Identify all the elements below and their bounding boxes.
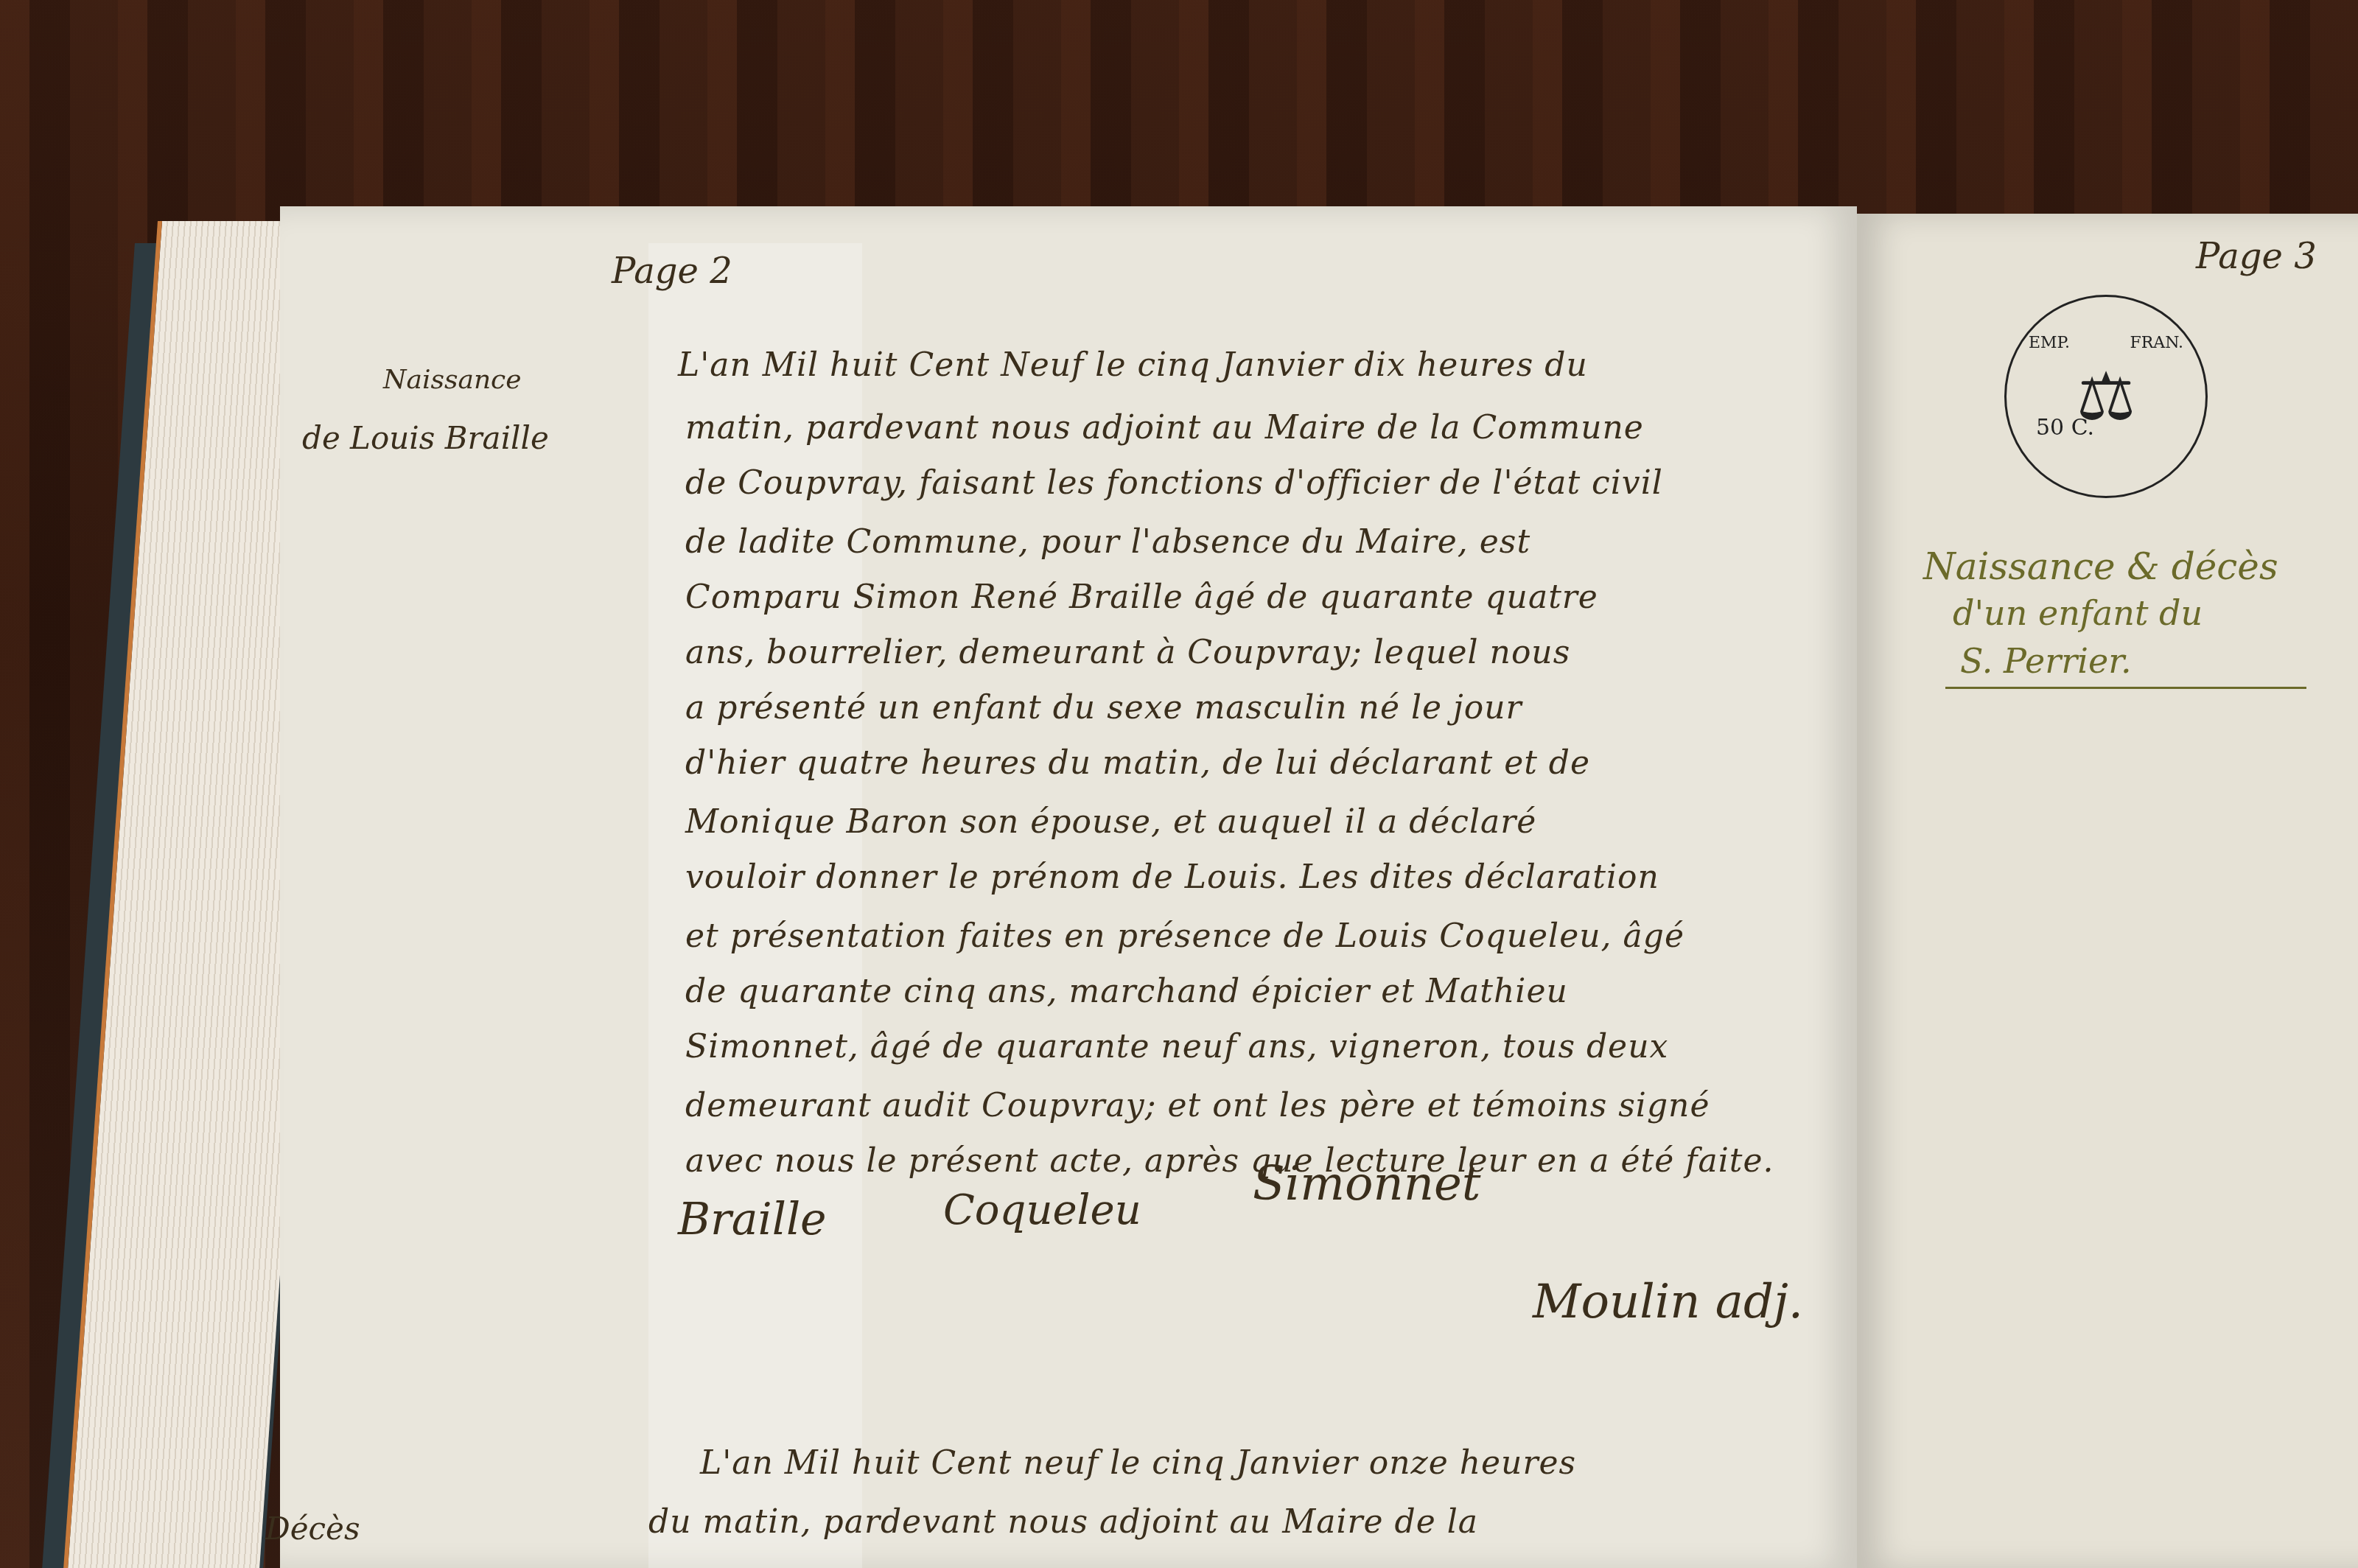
record-line: a présenté un enfant du sexe masculin né… [685, 689, 1522, 727]
right-margin-line: S. Perrier. [1960, 641, 2132, 681]
record-line: L'an Mil huit Cent Neuf le cinq Janvier … [678, 346, 1588, 384]
record-line: matin, pardevant nous adjoint au Maire d… [685, 409, 1644, 447]
record-line: Comparu Simon René Braille âgé de quaran… [685, 578, 1598, 616]
margin-deces: Décès [265, 1511, 360, 1547]
tax-stamp: EMP. FRAN. ⚖ 50 C. [2004, 295, 2208, 498]
margin-underline [1945, 687, 2306, 689]
signature-braille: Braille [678, 1194, 827, 1245]
record-line: vouloir donner le prénom de Louis. Les d… [685, 858, 1659, 896]
record-line: Simonnet, âgé de quarante neuf ans, vign… [685, 1028, 1668, 1065]
right-margin-line: d'un enfant du [1953, 593, 2203, 633]
stamp-value: 50 C. [2036, 415, 2094, 441]
record-line: d'hier quatre heures du matin, de lui dé… [685, 744, 1590, 782]
record-line: de ladite Commune, pour l'absence du Mai… [685, 523, 1530, 561]
record-line: et présentation faites en présence de Lo… [685, 917, 1684, 955]
record-line: de Coupvray, faisant les fonctions d'off… [685, 464, 1663, 502]
signature-coqueleu: Coqueleu [943, 1186, 1141, 1234]
next-record-line: du matin, pardevant nous adjoint au Mair… [648, 1503, 1478, 1541]
record-line: de quarante cinq ans, marchand épicier e… [685, 973, 1568, 1010]
left-page-number: Page 2 [612, 251, 732, 292]
record-line: avec nous le présent acte, après que lec… [685, 1142, 1774, 1180]
stamp-text-right: FRAN. [2130, 334, 2183, 352]
margin-title-naissance: Naissance [383, 365, 522, 395]
margin-title-name: de Louis Braille [302, 420, 549, 456]
right-page-number: Page 3 [2196, 236, 2317, 277]
next-record-line: L'an Mil huit Cent neuf le cinq Janvier … [700, 1444, 1576, 1482]
record-line: ans, bourrelier, demeurant à Coupvray; l… [685, 634, 1570, 671]
record-line: demeurant audit Coupvray; et ont les pèr… [685, 1087, 1710, 1124]
signature-simonnet: Simonnet [1253, 1157, 1481, 1211]
signature-moulin: Moulin adj. [1533, 1275, 1803, 1329]
record-line: Monique Baron son épouse, et auquel il a… [685, 803, 1536, 841]
stamp-text-left: EMP. [2029, 334, 2070, 352]
right-margin-line: Naissance & décès [1923, 545, 2278, 588]
